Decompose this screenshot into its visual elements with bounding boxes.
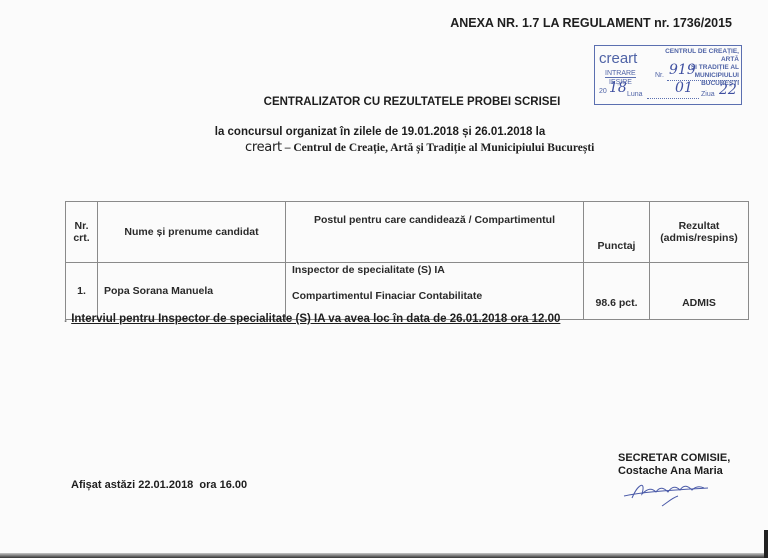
table-row: 1. Popa Sorana Manuela Inspector de spec… (66, 263, 749, 320)
signature-icon (622, 478, 712, 508)
scan-edge-bottom (0, 553, 768, 558)
row-department: Compartimentul Finaciar Contabilitate (292, 289, 577, 303)
secretary-name: Costache Ana Maria (618, 465, 730, 478)
header-nr: Nr. crt. (66, 202, 98, 263)
stamp-intrare: INTRARE (605, 70, 636, 78)
creart-logo: creart (245, 140, 282, 155)
results-table: Nr. crt. Nume și prenume candidat Postul… (65, 201, 749, 320)
interview-note: .Interviul pentru Inspector de specialit… (64, 313, 560, 325)
header-result: Rezultat (admis/respins) (650, 202, 749, 263)
stamp-logo: creart (599, 50, 637, 67)
document-subtitle: la concursul organizat în zilele de 19.0… (0, 126, 768, 138)
organization-line: creart – Centrul de Creație, Artă și Tra… (245, 140, 594, 155)
stamp-year-prefix: 20 (599, 88, 607, 95)
stamp-luna-value: 01 (675, 80, 693, 96)
row-post: Inspector de specialitate (S) IA Compart… (286, 263, 584, 320)
scan-edge-right (764, 530, 768, 558)
header-score: Punctaj (584, 202, 650, 263)
row-score: 98.6 pct. (584, 263, 650, 320)
stamp-ziua-value: 22 (719, 82, 737, 98)
table-header-row: Nr. crt. Nume și prenume candidat Postul… (66, 202, 749, 263)
organization-name: – Centrul de Creație, Artă și Tradiție a… (282, 142, 595, 154)
stamp-nr-label: Nr. (655, 72, 664, 79)
annex-reference: ANEXA NR. 1.7 LA REGULAMENT nr. 1736/201… (450, 16, 732, 30)
interview-note-text: Interviul pentru Inspector de specialita… (71, 313, 560, 325)
header-post: Postul pentru care candidează / Comparti… (286, 202, 584, 263)
document-title: CENTRALIZATOR CU REZULTATELE PROBEI SCRI… (112, 96, 712, 108)
secretary-title: SECRETAR COMISIE, (618, 452, 730, 465)
row-name: Popa Sorana Manuela (98, 263, 286, 320)
stamp-nr-value: 919 (669, 62, 696, 78)
stamp-year-value: 18 (609, 80, 627, 96)
secretary-block: SECRETAR COMISIE, Costache Ana Maria (618, 452, 730, 478)
row-nr: 1. (66, 263, 98, 320)
row-result: ADMIS (650, 263, 749, 320)
posted-date: Afișat astăzi 22.01.2018 ora 16.00 (71, 479, 247, 491)
row-post-title: Inspector de specialitate (S) IA (292, 263, 577, 277)
header-name: Nume și prenume candidat (98, 202, 286, 263)
